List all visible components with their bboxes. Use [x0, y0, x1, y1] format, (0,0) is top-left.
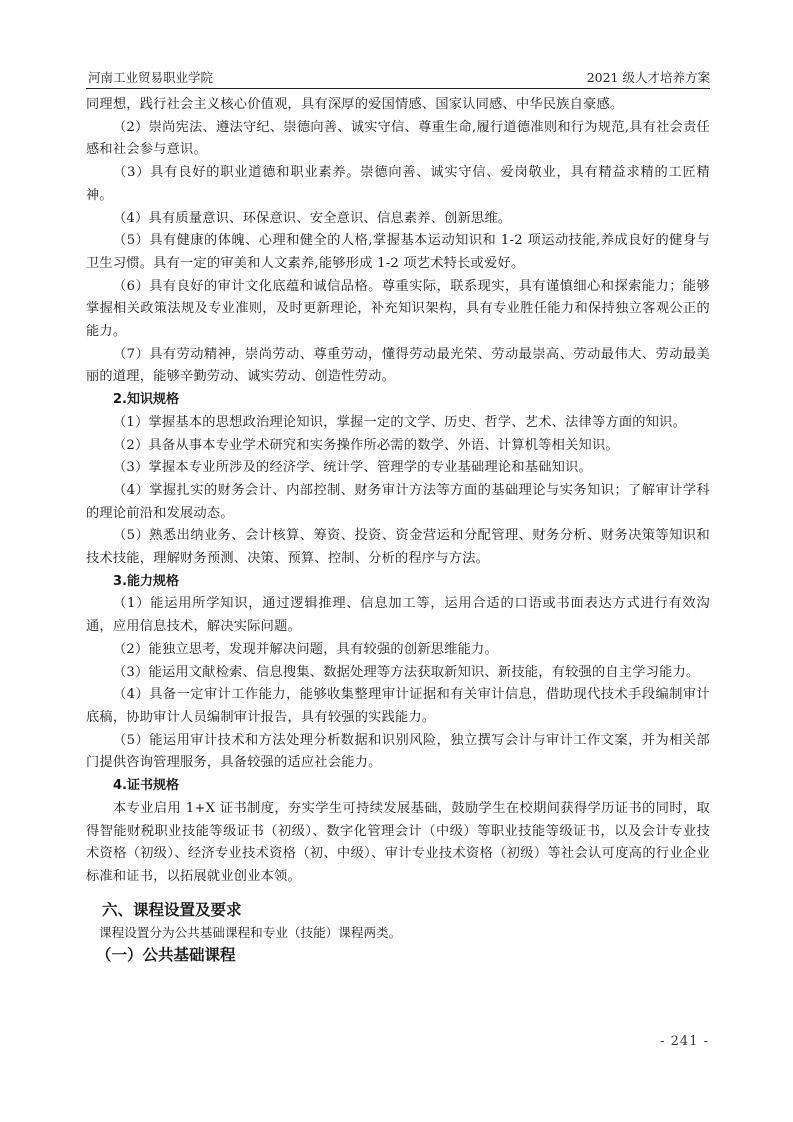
knowledge-item-5: （5）熟悉出纳业务、会计核算、筹资、投资、资金营运和分配管理、财务分析、财务决策…	[86, 525, 710, 570]
quality-item-1-continuation: 同理想，践行社会主义核心价值观，具有深厚的爱国情感、国家认同感、中华民族自豪感。	[86, 94, 710, 117]
section-6-subheading-public-courses: （一）公共基础课程	[86, 943, 710, 967]
header-document-title: 2021 级人才培养方案	[587, 68, 710, 86]
ability-item-1: （1）能运用所学知识，通过逻辑推理、信息加工等，运用合适的口语或书面表达方式进行…	[86, 593, 710, 638]
ability-item-5: （5）能运用审计技术和方法处理分析数据和识别风险，独立撰写会计与审计工作文案，并…	[86, 730, 710, 775]
ability-item-2: （2）能独立思考，发现并解决问题，具有较强的创新思维能力。	[86, 639, 710, 662]
ability-item-3: （3）能运用文献检索、信息搜集、数据处理等方法获取新知识、新技能，有较强的自主学…	[86, 662, 710, 685]
certificate-heading: 4.证书规格	[86, 775, 710, 798]
quality-item-7: （7）具有劳动精神，崇尚劳动、尊重劳动，懂得劳动最光荣、劳动最崇高、劳动最伟大、…	[86, 344, 710, 389]
page-number: - 241 -	[660, 1034, 709, 1049]
knowledge-item-1: （1）掌握基本的思想政治理论知识，掌握一定的文学、历史、哲学、艺术、法律等方面的…	[86, 412, 710, 435]
knowledge-item-4: （4）掌握扎实的财务会计、内部控制、财务审计方法等方面的基础理论与实务知识；了解…	[86, 480, 710, 525]
quality-item-4: （4）具有质量意识、环保意识、安全意识、信息素养、创新思维。	[86, 208, 710, 231]
quality-item-6: （6）具有良好的审计文化底蕴和诚信品格。尊重实际，联系现实，具有谨慎细心和探索能…	[86, 276, 710, 344]
header-institution: 河南工业贸易职业学院	[88, 68, 213, 86]
knowledge-heading: 2.知识规格	[86, 389, 710, 412]
header-divider	[86, 88, 710, 89]
page-header: 河南工业贸易职业学院 2021 级人才培养方案	[86, 65, 710, 85]
quality-item-2: （2）崇尚宪法、遵法守纪、崇德向善、诚实守信、尊重生命,履行道德准则和行为规范,…	[86, 117, 710, 162]
knowledge-item-3: （3）掌握本专业所涉及的经济学、统计学、管理学的专业基础理论和基础知识。	[86, 457, 710, 480]
section-6-heading: 六、课程设置及要求	[86, 897, 710, 923]
knowledge-item-2: （2）具备从事本专业学术研究和实务操作所必需的数学、外语、计算机等相关知识。	[86, 435, 710, 458]
ability-item-4: （4）具备一定审计工作能力，能够收集整理审计证据和有关审计信息，借助现代技术手段…	[86, 684, 710, 729]
ability-heading: 3.能力规格	[86, 571, 710, 594]
quality-item-3: （3）具有良好的职业道德和职业素养。崇德向善、诚实守信、爱岗敬业，具有精益求精的…	[86, 162, 710, 207]
section-6-intro: 课程设置分为公共基础课程和专业（技能）课程两类。	[86, 923, 710, 943]
quality-item-5: （5）具有健康的体魄、心理和健全的人格,掌握基本运动知识和 1-2 项运动技能,…	[86, 230, 710, 275]
certificate-paragraph: 本专业启用 1+X 证书制度，夯实学生可持续发展基础，鼓励学生在校期间获得学历证…	[86, 798, 710, 889]
page-content: 同理想，践行社会主义核心价值观，具有深厚的爱国情感、国家认同感、中华民族自豪感。…	[86, 94, 710, 967]
